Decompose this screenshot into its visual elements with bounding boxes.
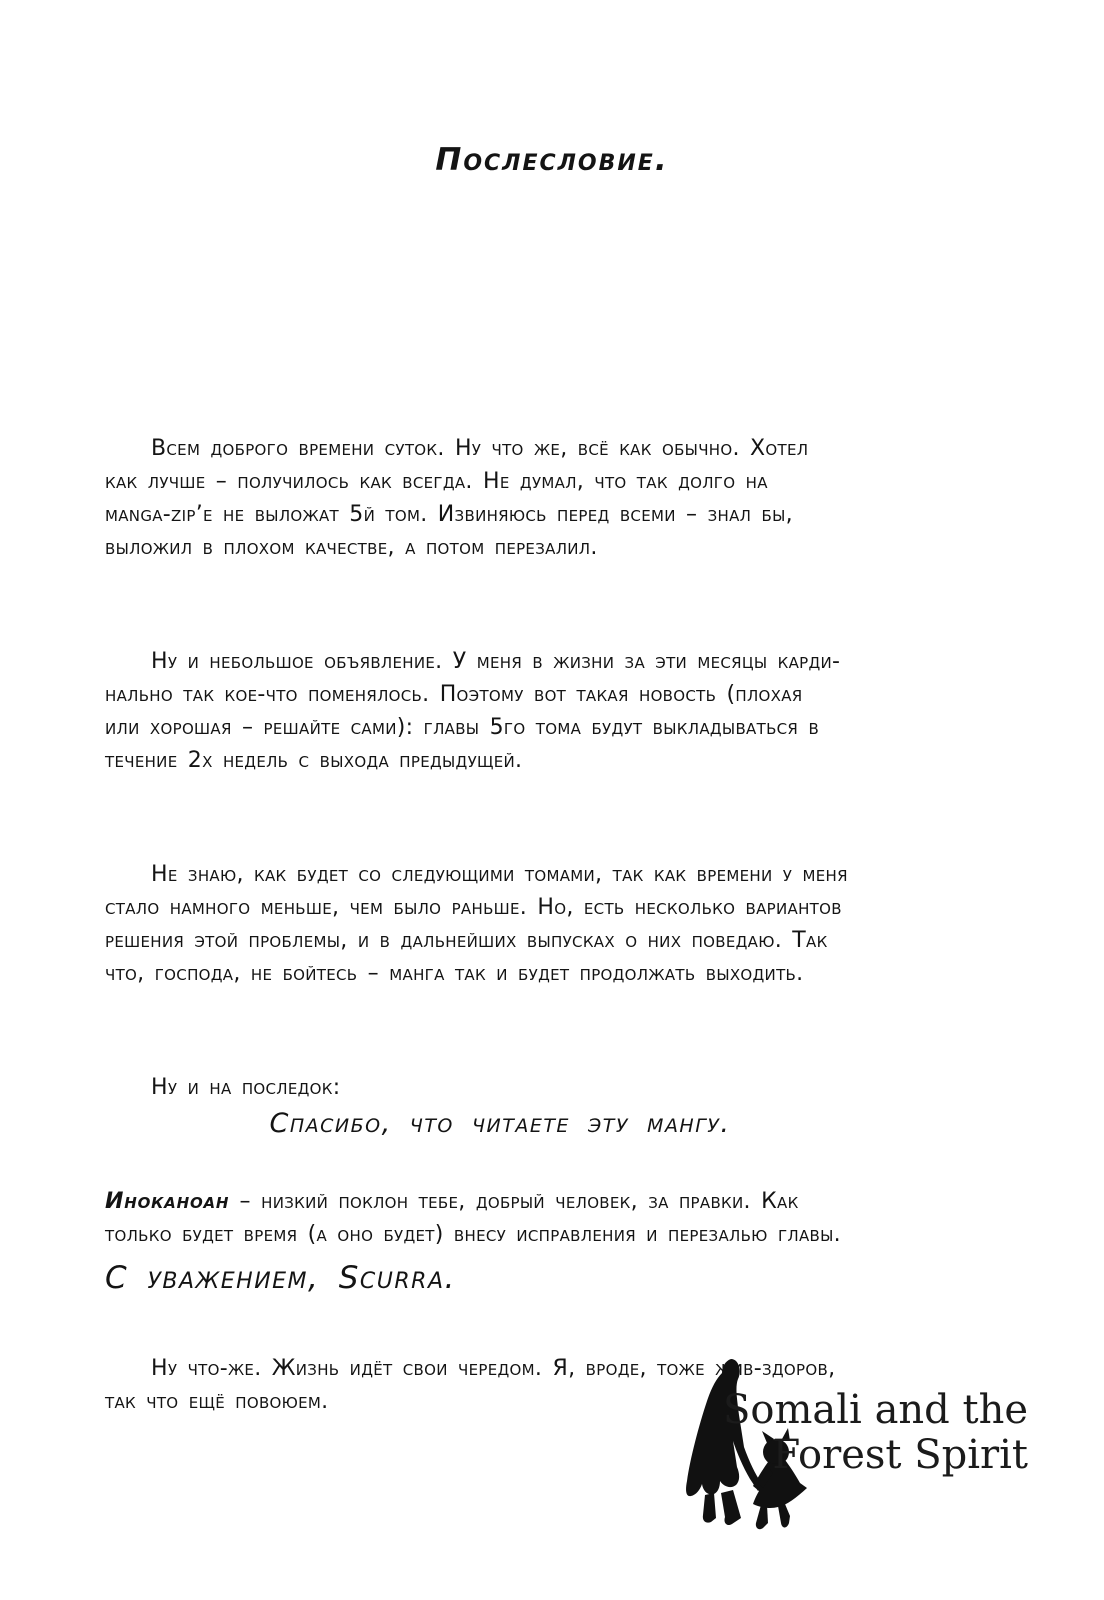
afterword-page: Послесловие. Всем доброго времени суток.… bbox=[0, 0, 1104, 1600]
series-title-line2: Forest Spirit bbox=[723, 1433, 1028, 1478]
paragraph-announcement: Ну и небольшое объявление. У меня в жизн… bbox=[105, 645, 1045, 777]
signature-line: С уважением, Scurra. bbox=[105, 1260, 456, 1296]
page-title: Послесловие. bbox=[0, 142, 1104, 178]
series-title-line1: Somali and the bbox=[723, 1388, 1028, 1433]
paragraph-lastly: Ну и на последок: bbox=[105, 1071, 1045, 1104]
paragraph-intro: Всем доброго времени суток. Ну что же, в… bbox=[105, 432, 1045, 564]
paragraph-future-volumes: Не знаю, как будет со следующими томами,… bbox=[105, 858, 1045, 990]
dedication-name: Иноканоан bbox=[105, 1189, 229, 1214]
paragraph-dedication: Иноканоан – низкий поклон тебе, добрый ч… bbox=[105, 1185, 1045, 1251]
thank-you-line: Спасибо, что читаете эту мангу. bbox=[0, 1108, 1000, 1139]
series-title: Somali and the Forest Spirit bbox=[723, 1388, 1028, 1478]
afterword-body: Всем доброго времени суток. Ну что же, в… bbox=[105, 366, 1045, 1499]
